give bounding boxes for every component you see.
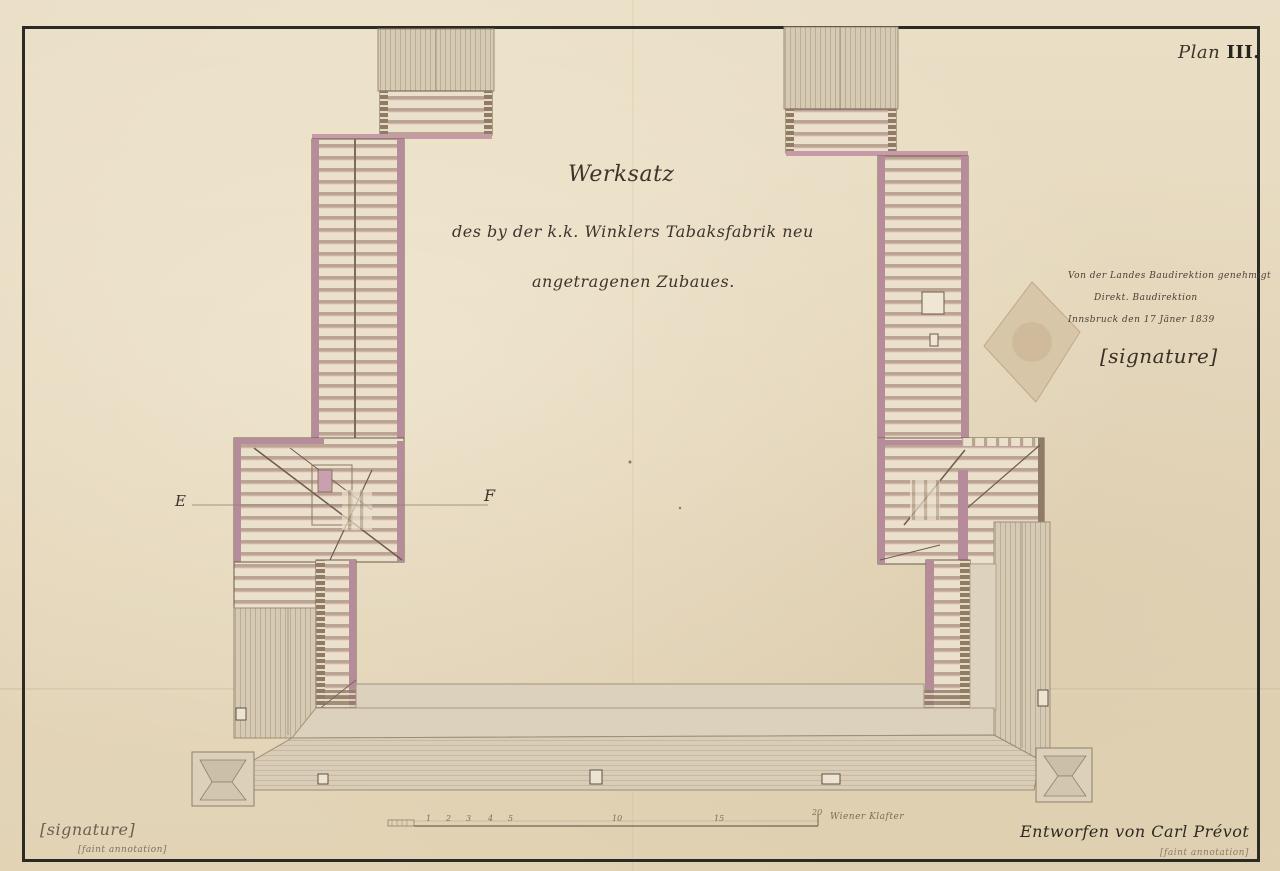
section-marker-f: F	[484, 486, 496, 505]
drawing-subtitle-line2: angetragenen Zubaues.	[532, 272, 735, 291]
paper-seal	[984, 282, 1080, 402]
scale-tick-1: 1	[426, 814, 431, 823]
approval-line3: Innsbruck den 17 Jäner 1839	[1068, 309, 1271, 331]
plan-prefix: Plan	[1178, 42, 1220, 63]
scale-bar-graphic	[388, 814, 818, 826]
designer-credit: Entworfen von Carl Prévot	[1020, 822, 1249, 841]
left-wing	[234, 29, 494, 738]
scale-tick-20: 20	[812, 808, 822, 817]
left-signature-sub: [faint annotation]	[78, 845, 167, 855]
scale-unit-label: Wiener Klafter	[830, 812, 904, 822]
scale-tick-10: 10	[612, 814, 622, 823]
designer-sub-note: [faint annotation]	[1160, 848, 1249, 858]
approval-line1: Von der Landes Baudirektion genehmigt	[1068, 265, 1271, 287]
section-marker-e: E	[175, 492, 186, 510]
approval-line2: Direkt. Baudirektion	[1068, 287, 1271, 309]
scale-tick-4: 4	[488, 814, 493, 823]
right-wing	[784, 27, 1050, 760]
plan-number-label: Plan III.	[1178, 42, 1260, 63]
plan-number: III.	[1226, 42, 1260, 63]
drawing-subtitle-line1: des by der k.k. Winklers Tabaksfabrik ne…	[452, 222, 814, 241]
scale-tick-3: 3	[466, 814, 471, 823]
approval-signature: [signature]	[1100, 344, 1218, 368]
drawing-title: Werksatz	[568, 162, 675, 187]
left-signature: [signature]	[40, 820, 135, 839]
scale-tick-5: 5	[508, 814, 513, 823]
approval-note: Von der Landes Baudirektion genehmigt Di…	[1068, 265, 1271, 331]
scale-tick-2: 2	[446, 814, 451, 823]
floor-plan-drawing	[0, 0, 1280, 871]
scale-tick-15: 15	[714, 814, 724, 823]
